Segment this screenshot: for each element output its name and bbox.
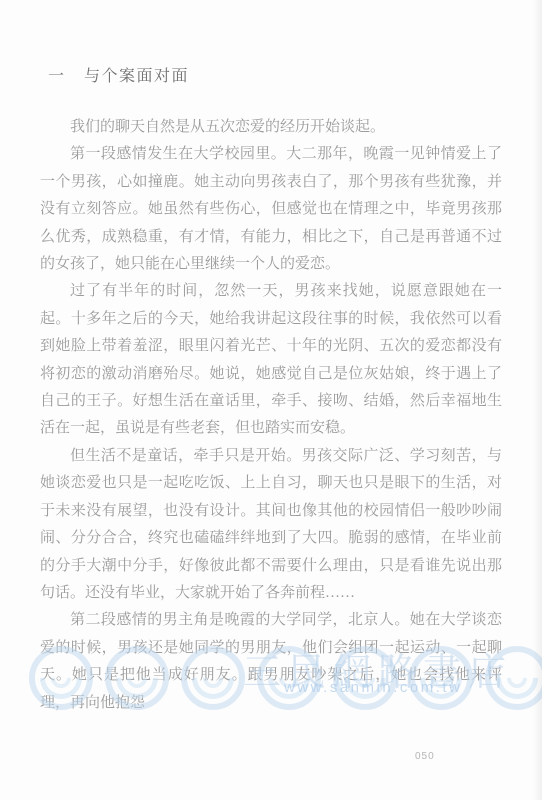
paragraph: 但生活不是童话，牵手只是开始。男孩交际广泛、学习刻苦，与她谈恋爱也只是一起吃吃饭… bbox=[40, 443, 502, 607]
paragraph: 第一段感情发生在大学校园里。大二那年，晚霞一见钟情爱上了一个男孩，心如撞鹿。她主… bbox=[40, 141, 502, 278]
paragraph: 第二段感情的男主角是晚霞的大学同学，北京人。她在大学谈恋爱的时候，男孩还是她同学… bbox=[40, 607, 502, 717]
paragraph: 过了有半年的时间，忽然一天，男孩来找她，说愿意跟她在一起。十多年之后的今天，她给… bbox=[40, 278, 502, 442]
section-number: 一 bbox=[48, 63, 64, 86]
body-text: 我们的聊天自然是从五次恋爱的经历开始谈起。 第一段感情发生在大学校园里。大二那年… bbox=[40, 114, 502, 717]
paragraph: 我们的聊天自然是从五次恋爱的经历开始谈起。 bbox=[40, 114, 502, 141]
book-page: 一 与个案面对面 我们的聊天自然是从五次恋爱的经历开始谈起。 第一段感情发生在大… bbox=[0, 0, 542, 800]
section-header: 一 与个案面对面 bbox=[48, 63, 189, 86]
section-title: 与个案面对面 bbox=[84, 63, 189, 86]
page-number: 050 bbox=[415, 751, 435, 762]
page-edge-shadow bbox=[533, 0, 542, 800]
